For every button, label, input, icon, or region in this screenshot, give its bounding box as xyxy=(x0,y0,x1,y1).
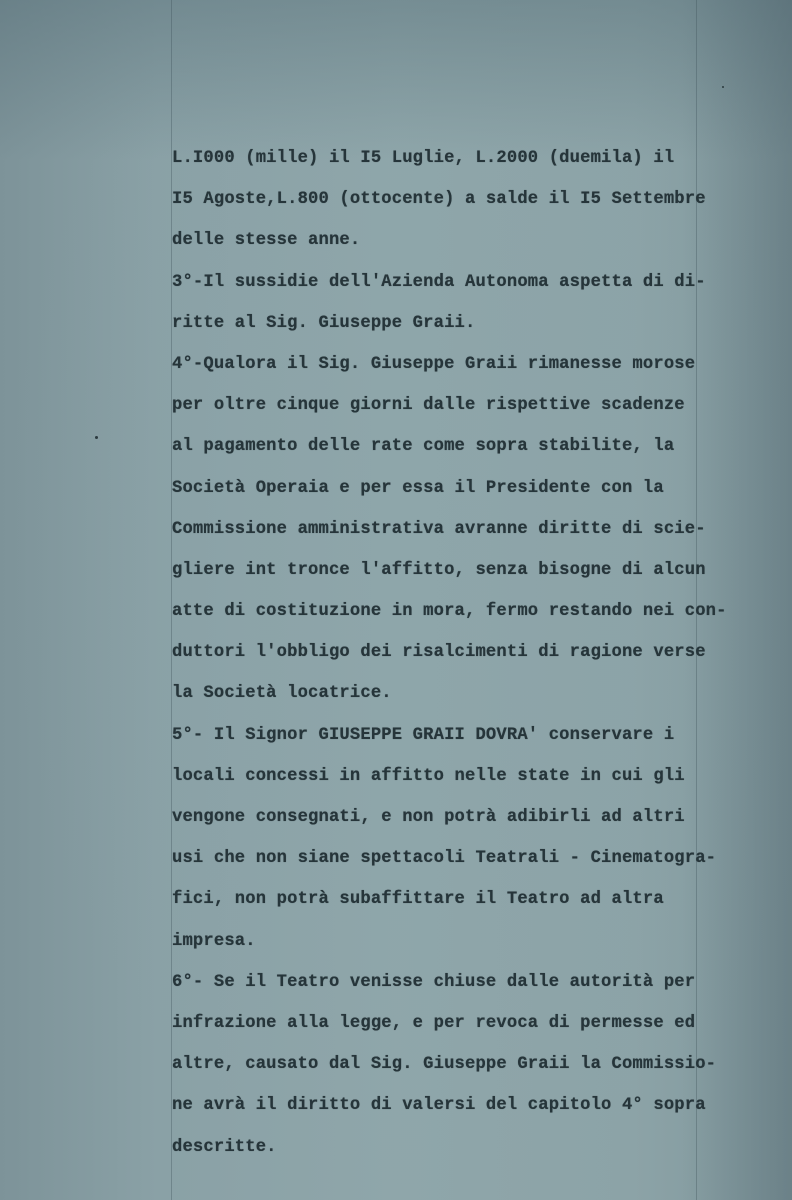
paper-speck xyxy=(95,436,98,439)
text-line: ne avrà il diritto di valersi del capito… xyxy=(172,1095,732,1136)
text-line: Società Operaia e per essa il Presidente… xyxy=(172,478,732,519)
clause-6-heading-line: 6°- Se il Teatro venisse chiuse dalle au… xyxy=(172,972,732,1013)
text-line: altre, causato dal Sig. Giuseppe Graii l… xyxy=(172,1054,732,1095)
text-line: L.I000 (mille) il I5 Luglie, L.2000 (due… xyxy=(172,148,732,189)
text-line: per oltre cinque giorni dalle rispettive… xyxy=(172,395,732,436)
text-line: al pagamento delle rate come sopra stabi… xyxy=(172,436,732,477)
text-line: la Società locatrice. xyxy=(172,683,732,724)
text-line: delle stesse anne. xyxy=(172,230,732,271)
paper-shadow-top xyxy=(0,0,792,160)
document-page: L.I000 (mille) il I5 Luglie, L.2000 (due… xyxy=(0,0,792,1200)
text-line: ritte al Sig. Giuseppe Graii. xyxy=(172,313,732,354)
clause-5-heading-line: 5°- Il Signor GIUSEPPE GRAII DOVRA' cons… xyxy=(172,725,732,766)
text-line: vengone consegnati, e non potrà adibirli… xyxy=(172,807,732,848)
text-line: usi che non siane spettacoli Teatrali - … xyxy=(172,848,732,889)
clause-4-heading-line: 4°-Qualora il Sig. Giuseppe Graii rimane… xyxy=(172,354,732,395)
text-line: atte di costituzione in mora, fermo rest… xyxy=(172,601,732,642)
text-line: gliere int tronce l'affitto, senza bisog… xyxy=(172,560,732,601)
text-line: duttori l'obbligo dei risalcimenti di ra… xyxy=(172,642,732,683)
text-line: fici, non potrà subaffittare il Teatro a… xyxy=(172,889,732,930)
text-line: locali concessi in affitto nelle state i… xyxy=(172,766,732,807)
typewritten-text: L.I000 (mille) il I5 Luglie, L.2000 (due… xyxy=(172,148,732,1178)
paper-speck xyxy=(722,86,724,88)
text-line: Commissione amministrativa avranne dirit… xyxy=(172,519,732,560)
text-line: infrazione alla legge, e per revoca di p… xyxy=(172,1013,732,1054)
clause-3-heading-line: 3°-Il sussidie dell'Azienda Autonoma asp… xyxy=(172,272,732,313)
text-line: impresa. xyxy=(172,931,732,972)
text-line: descritte. xyxy=(172,1137,732,1178)
text-line: I5 Agoste,L.800 (ottocente) a salde il I… xyxy=(172,189,732,230)
